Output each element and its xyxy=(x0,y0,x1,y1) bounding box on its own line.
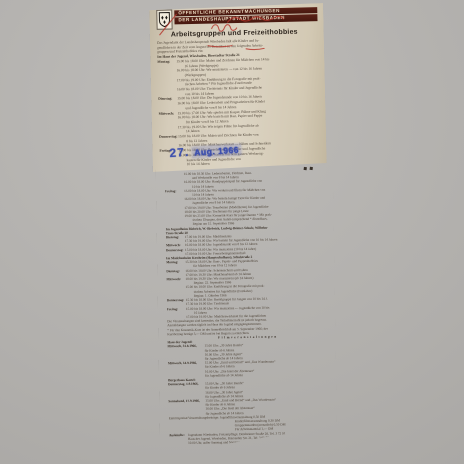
day-label: Montag: xyxy=(166,260,185,265)
text-line: Der Magistrat — Jugendamt xyxy=(169,444,330,451)
day-label: Mittwoch: xyxy=(166,277,185,282)
photo-background: ÖFFENTLICHE BEKANNTMACHUNGEN DER LANDESH… xyxy=(0,0,464,464)
day-label: Freitag: xyxy=(165,189,184,194)
day-label: Donnerstag: xyxy=(166,248,185,253)
banner-line-2: DER LANDESHAUPTSTADT WIESBADEN xyxy=(174,15,317,25)
day-label: Donnerstag: xyxy=(159,134,178,139)
day-label: Montag: xyxy=(157,59,176,64)
schedule-text-top: Das Jugendamt der Landeshauptstadt Wiesb… xyxy=(157,37,321,168)
day-label: Auskünfte: xyxy=(169,433,188,438)
day-label: Freitag: xyxy=(167,306,186,311)
schedule-text-bottom: 15.00 bis 18.30 Uhr: Lederarbeiten, Flec… xyxy=(165,170,330,451)
day-label: Mittwoch, 14.9.1966, xyxy=(168,361,205,366)
day-label: Sonnabend, 17.9.1966, xyxy=(168,399,205,404)
announcement-banner: ÖFFENTLICHE BEKANNTMACHUNGEN DER LANDESH… xyxy=(156,6,317,30)
day-label: Mittwoch, 31.8.1966, xyxy=(168,344,205,349)
clipping-bottom-piece: 15.00 bis 18.30 Uhr: Lederarbeiten, Flec… xyxy=(156,165,338,458)
day-label: Freitag: xyxy=(159,149,178,154)
day-label: Dienstag: xyxy=(166,269,185,274)
day-label: Donnerstag, 1.9.1966, xyxy=(168,382,205,387)
day-label: Mittwoch: xyxy=(159,111,178,116)
day-label: Donnerstag: xyxy=(167,298,186,303)
clipping-top-piece: ÖFFENTLICHE BEKANNTMACHUNGEN DER LANDESH… xyxy=(149,3,327,172)
corner-mark-icon xyxy=(304,166,307,169)
day-label: Dienstag: xyxy=(158,97,177,102)
day-label: Dienstag: xyxy=(166,235,185,240)
wiesbaden-crest-icon xyxy=(156,9,172,29)
